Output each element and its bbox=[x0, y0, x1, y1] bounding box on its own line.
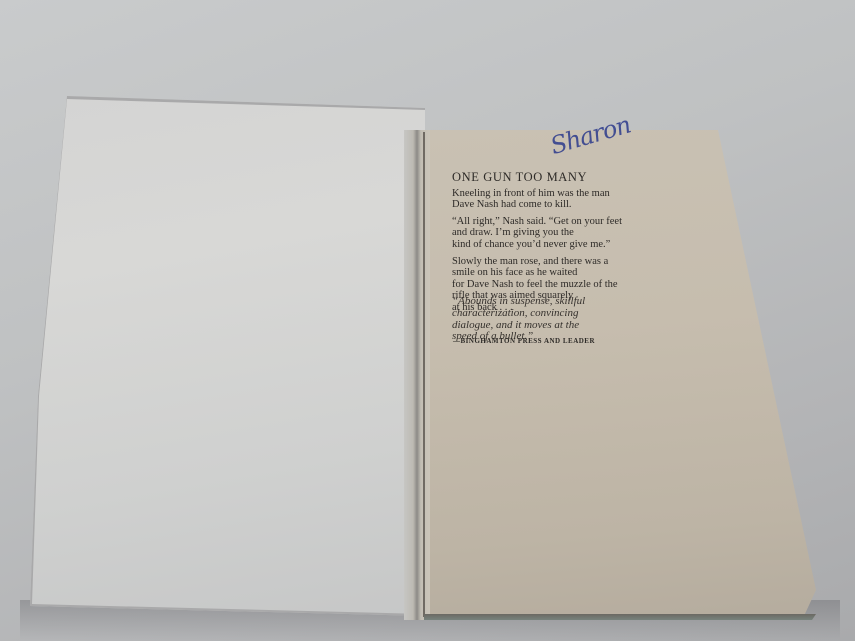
book-title: ONE GUN TOO MANY bbox=[452, 172, 692, 184]
teaser-paragraph-2: “All right,” Nash said. “Get on your fee… bbox=[452, 216, 692, 251]
book-gutter bbox=[404, 130, 430, 620]
teaser-paragraph-1: Kneeling in front of him was the man Dav… bbox=[452, 188, 692, 211]
review-attribution: —BINGHAMTON PRESS AND LEADER bbox=[453, 337, 595, 345]
inside-front-cover bbox=[30, 96, 425, 616]
spine-crease bbox=[423, 132, 425, 617]
page-block-edge bbox=[424, 614, 816, 620]
photo-scene: Sharon ONE GUN TOO MANY Kneeling in fron… bbox=[0, 0, 855, 641]
